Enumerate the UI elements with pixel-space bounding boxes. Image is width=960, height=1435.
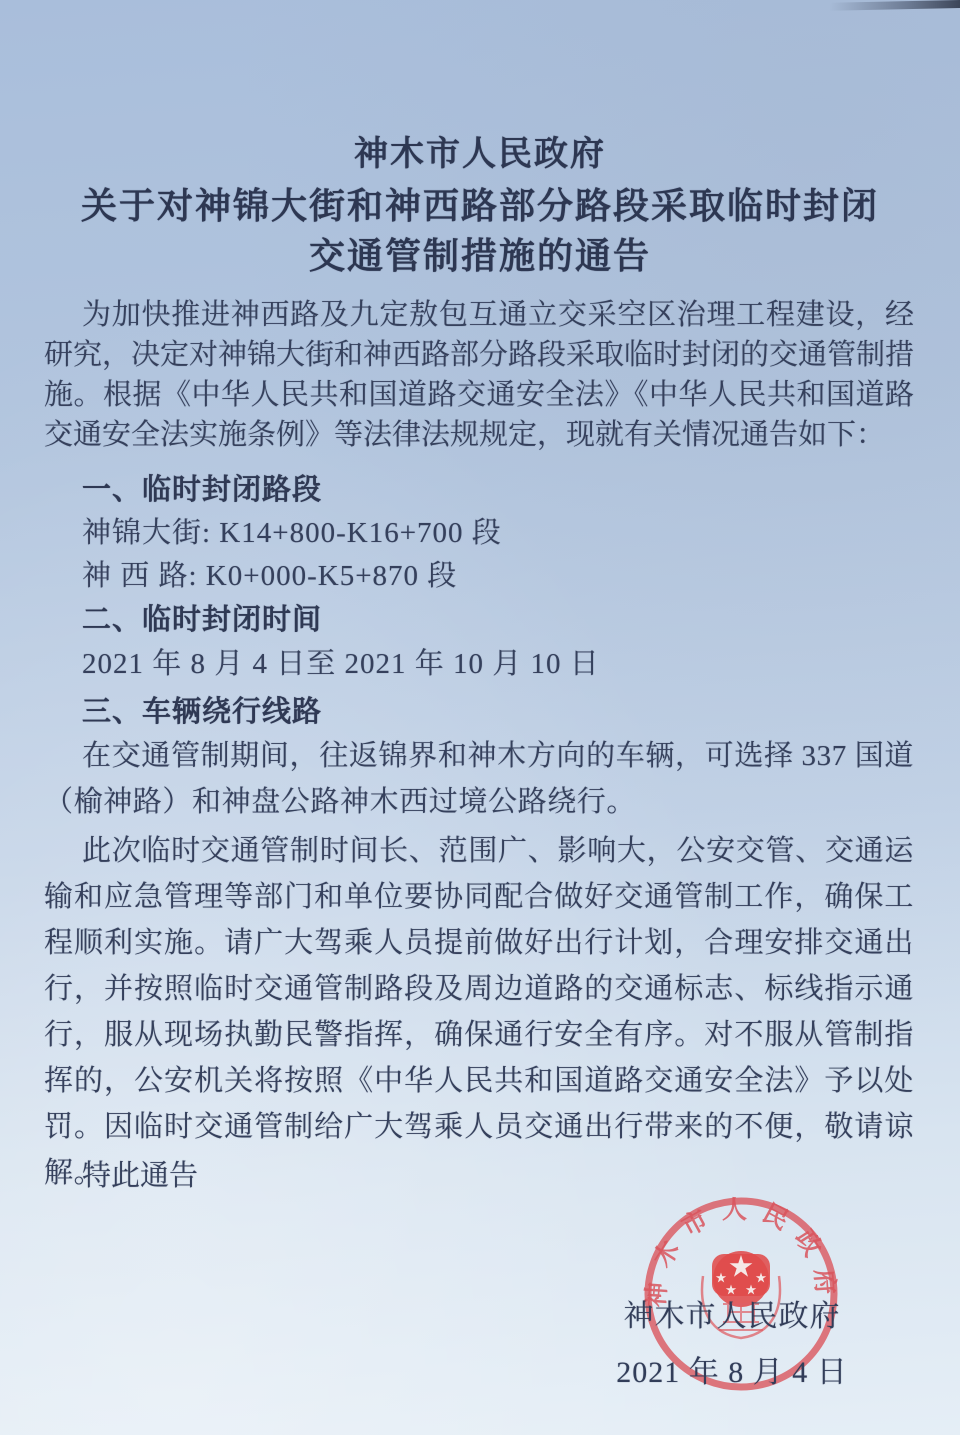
closure-period: 2021 年 8 月 4 日至 2021 年 10 月 10 日 <box>44 644 914 684</box>
signature-date: 2021 年 8 月 4 日 <box>608 1347 856 1391</box>
closed-road-shenjin: 神锦大街: K14+800-K16+700 段 <box>44 513 914 553</box>
notice-document: 神木市人民政府 关于对神锦大街和神西路部分路段采取临时封闭 交通管制措施的通告 … <box>0 0 960 1435</box>
signoff-text: 特此通告 <box>44 1156 914 1196</box>
document-issuer-title: 神木市人民政府 <box>0 126 960 175</box>
detour-paragraph: 在交通管制期间，往返锦界和神木方向的车辆，可选择 337 国道（榆神路）和神盘公… <box>44 733 914 825</box>
intro-paragraph: 为加快推进神西路及九定敖包互通立交采空区治理工程建设，经研究，决定对神锦大街和神… <box>44 295 914 455</box>
closed-road-shenxi: 神 西 路: K0+000-K5+870 段 <box>44 556 914 596</box>
section-3-heading: 三、车辆绕行线路 <box>44 692 914 732</box>
document-title-line2: 交通管制措施的通告 <box>0 228 960 279</box>
section-1-heading: 一、临时封闭路段 <box>44 470 914 510</box>
document-title-line1: 关于对神锦大街和神西路部分路段采取临时封闭 <box>0 178 960 229</box>
section-2-heading: 二、临时封闭时间 <box>44 600 914 640</box>
closing-paragraph: 此次临时交通管制时间长、范围广、影响大，公安交管、交通运输和应急管理等部门和单位… <box>44 828 914 1196</box>
photo-corner-shadow <box>830 0 960 11</box>
signature-issuer: 神木市人民政府 <box>608 1291 856 1335</box>
